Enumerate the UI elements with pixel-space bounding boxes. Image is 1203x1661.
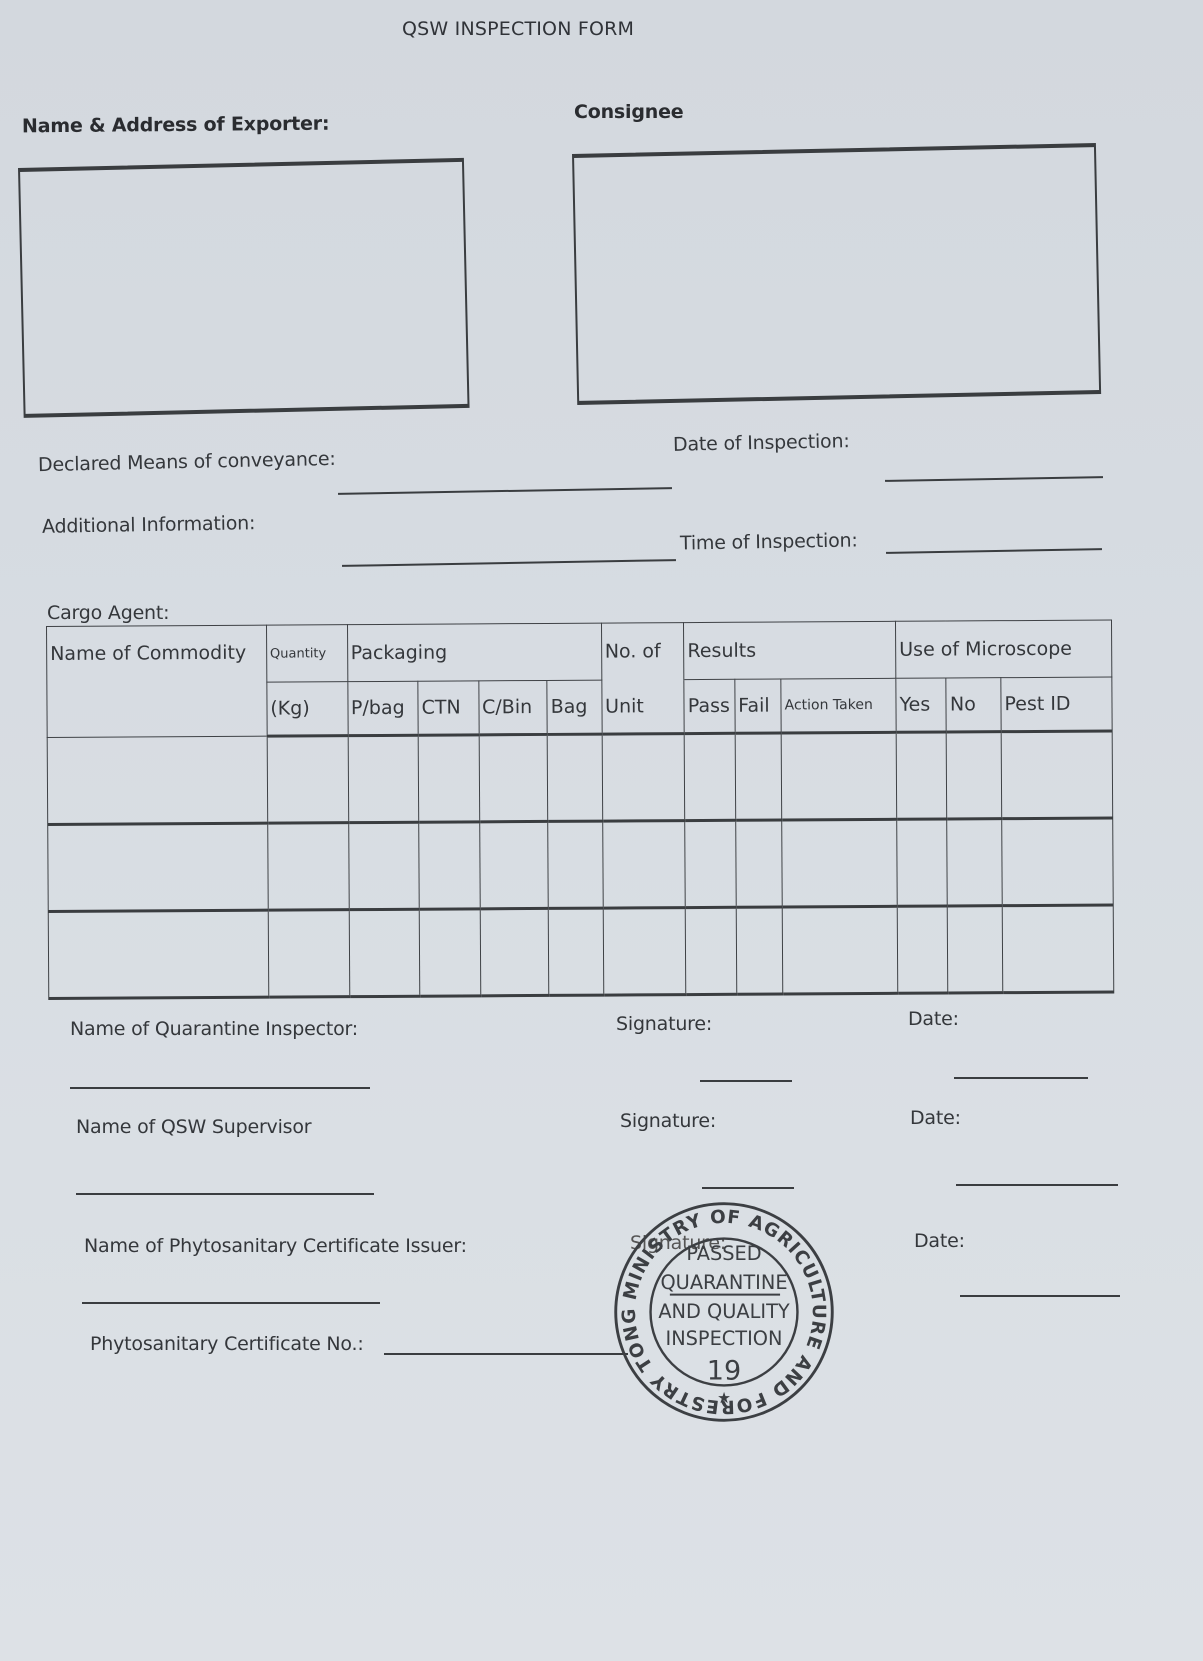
cell-bag[interactable]	[547, 734, 602, 821]
cell-no-of-unit[interactable]	[602, 734, 685, 822]
supervisor-name-label: Name of QSW Supervisor	[76, 1116, 311, 1138]
svg-text:★: ★	[717, 1389, 731, 1407]
svg-text:QUARANTINE: QUARANTINE	[660, 1271, 787, 1294]
inspector-signature-label: Signature:	[616, 1013, 712, 1035]
header-pest-id: Pest ID	[1001, 677, 1112, 732]
cell-no-of-unit[interactable]	[603, 908, 686, 996]
cell-ctn[interactable]	[419, 909, 480, 996]
header-yes: Yes	[896, 678, 947, 732]
header-quantity: Quantity	[266, 625, 347, 682]
header-commodity: Name of Commodity	[47, 625, 268, 737]
cell-quantity-kg[interactable]	[267, 736, 348, 823]
supervisor-signature-label: Signature:	[620, 1110, 716, 1132]
conveyance-label: Declared Means of conveyance:	[38, 448, 336, 476]
cell-microscope-no[interactable]	[947, 732, 1002, 819]
header-pass: Pass	[684, 679, 735, 733]
cell-microscope-yes[interactable]	[897, 819, 948, 906]
exporter-label: Name & Address of Exporter:	[22, 113, 330, 138]
cell-action-taken[interactable]	[782, 819, 897, 907]
cell-action-taken[interactable]	[781, 732, 896, 820]
date-of-inspection-label: Date of Inspection:	[673, 430, 850, 456]
table-header-row-1: Name of Commodity Quantity Packaging No.…	[47, 620, 1112, 684]
cell-bag[interactable]	[548, 908, 603, 995]
certificate-no-label: Phytosanitary Certificate No.:	[90, 1333, 364, 1355]
conveyance-input-line[interactable]	[338, 487, 672, 495]
cell-pass[interactable]	[685, 820, 736, 907]
cell-quantity-kg[interactable]	[268, 910, 349, 997]
cell-pest-id[interactable]	[1001, 731, 1113, 819]
cell-microscope-no[interactable]	[947, 819, 1002, 906]
svg-text:19: 19	[707, 1356, 741, 1387]
svg-text:PASSED: PASSED	[686, 1242, 761, 1265]
cell-fail[interactable]	[736, 907, 783, 994]
consignee-field[interactable]	[572, 143, 1101, 405]
inspector-signature-input-line[interactable]	[700, 1080, 792, 1082]
cell-commodity[interactable]	[47, 736, 267, 824]
cell-bag[interactable]	[548, 821, 603, 908]
cell-action-taken[interactable]	[782, 906, 897, 994]
header-unit: Unit	[601, 680, 684, 735]
header-c-bin: C/Bin	[478, 680, 547, 734]
cell-ctn[interactable]	[419, 822, 480, 909]
supervisor-signature-input-line[interactable]	[702, 1187, 794, 1189]
supervisor-date-input-line[interactable]	[956, 1184, 1118, 1186]
inspector-name-input-line[interactable]	[70, 1087, 370, 1089]
cell-pest-id[interactable]	[1002, 818, 1114, 906]
cell-microscope-no[interactable]	[948, 906, 1003, 993]
cell-pass[interactable]	[686, 907, 737, 994]
inspector-date-input-line[interactable]	[954, 1077, 1088, 1079]
date-of-inspection-input-line[interactable]	[885, 476, 1103, 482]
cell-no-of-unit[interactable]	[602, 821, 685, 909]
table-body	[47, 731, 1114, 999]
additional-info-input-line[interactable]	[342, 559, 676, 567]
svg-text:INSPECTION: INSPECTION	[666, 1327, 783, 1350]
header-bag: Bag	[547, 680, 602, 734]
cell-microscope-yes[interactable]	[897, 906, 948, 993]
table-row	[48, 818, 1114, 912]
cell-ctn[interactable]	[418, 735, 479, 822]
table-row	[47, 731, 1113, 825]
issuer-name-label: Name of Phytosanitary Certificate Issuer…	[84, 1235, 467, 1257]
header-ctn: CTN	[418, 681, 479, 735]
table-row	[48, 905, 1114, 999]
commodity-table: Name of Commodity Quantity Packaging No.…	[46, 619, 1114, 1000]
stamp-seal-icon: MINISTRY OF AGRICULTURE AND FORESTRY TON…	[608, 1196, 840, 1428]
cell-c-bin[interactable]	[480, 908, 549, 995]
header-no-of: No. of	[601, 623, 684, 681]
consignee-label: Consignee	[574, 101, 683, 123]
cell-p-bag[interactable]	[348, 735, 419, 822]
issuer-name-input-line[interactable]	[82, 1302, 380, 1304]
cell-microscope-yes[interactable]	[896, 732, 947, 819]
certificate-no-input-line[interactable]	[384, 1353, 628, 1355]
form-title: QSW INSPECTION FORM	[402, 18, 634, 40]
exporter-address-field[interactable]	[18, 158, 470, 418]
supervisor-name-input-line[interactable]	[76, 1193, 374, 1195]
cell-commodity[interactable]	[48, 823, 268, 911]
inspector-name-label: Name of Quarantine Inspector:	[70, 1018, 358, 1040]
cell-quantity-kg[interactable]	[268, 823, 349, 910]
cell-fail[interactable]	[735, 733, 782, 820]
inspection-form-page: QSW INSPECTION FORM Name & Address of Ex…	[0, 0, 1203, 1661]
header-use-of-microscope: Use of Microscope	[896, 620, 1112, 678]
additional-info-label: Additional Information:	[42, 512, 256, 538]
header-p-bag: P/bag	[347, 681, 418, 735]
inspector-date-label: Date:	[908, 1008, 959, 1030]
cell-pass[interactable]	[684, 733, 735, 820]
time-of-inspection-input-line[interactable]	[886, 548, 1102, 554]
header-results: Results	[684, 621, 896, 679]
cell-c-bin[interactable]	[479, 821, 548, 908]
cell-p-bag[interactable]	[349, 909, 420, 996]
header-no: No	[946, 678, 1001, 732]
header-action-taken: Action Taken	[781, 678, 896, 733]
svg-text:AND QUALITY: AND QUALITY	[658, 1300, 790, 1323]
cell-p-bag[interactable]	[348, 822, 419, 909]
cargo-agent-label: Cargo Agent:	[47, 602, 169, 624]
cell-c-bin[interactable]	[479, 734, 548, 821]
supervisor-date-label: Date:	[910, 1107, 961, 1129]
cell-fail[interactable]	[735, 820, 782, 907]
header-quantity-kg: (Kg)	[267, 682, 348, 736]
issuer-date-label: Date:	[914, 1230, 965, 1252]
time-of-inspection-label: Time of Inspection:	[680, 529, 858, 554]
quarantine-passed-stamp: MINISTRY OF AGRICULTURE AND FORESTRY TON…	[608, 1196, 840, 1428]
header-packaging: Packaging	[347, 623, 601, 682]
issuer-date-input-line[interactable]	[960, 1295, 1120, 1297]
cell-pest-id[interactable]	[1002, 905, 1114, 993]
cell-commodity[interactable]	[48, 910, 268, 998]
header-fail: Fail	[735, 679, 782, 733]
